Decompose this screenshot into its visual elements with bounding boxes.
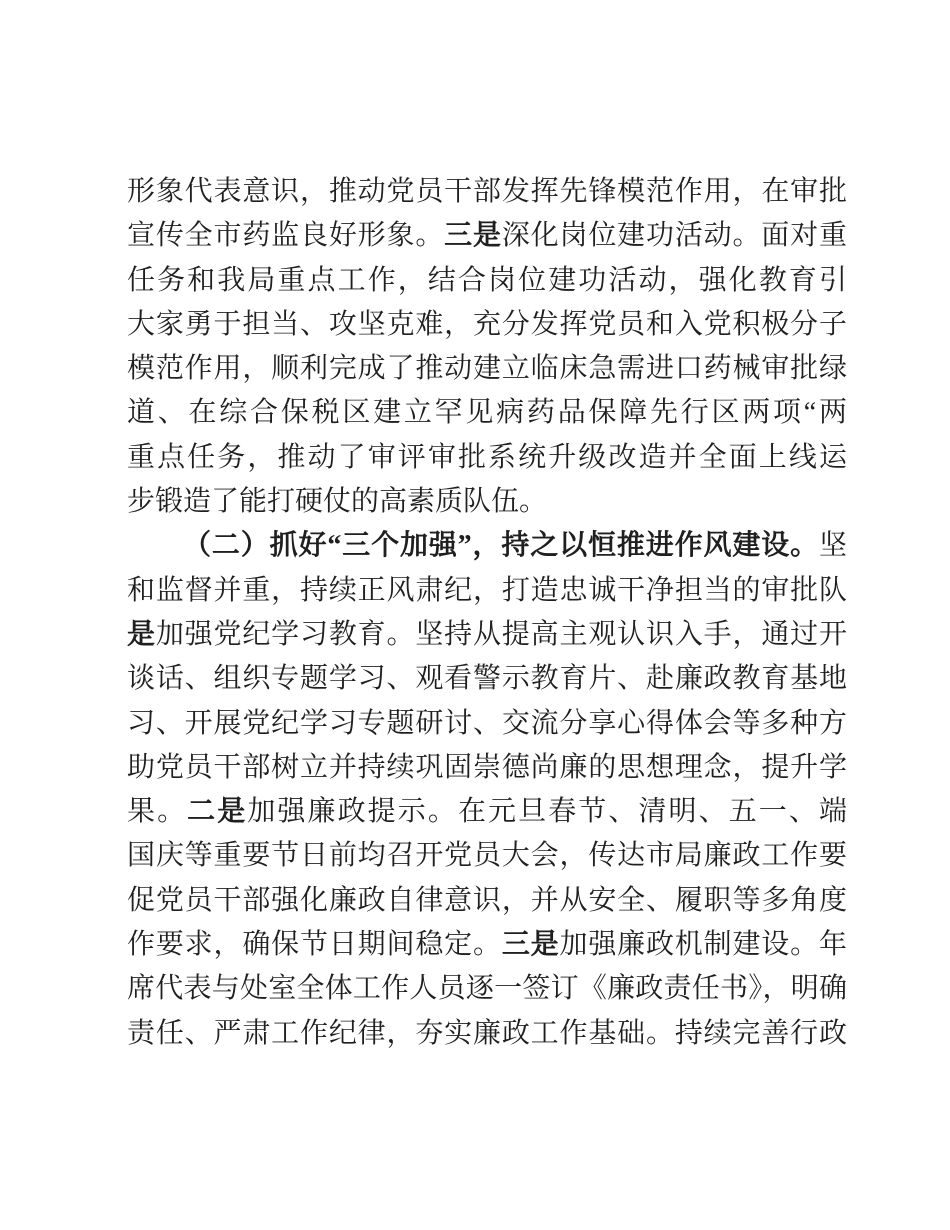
text-run: 谈话、组织专题学习、观看警示教育片、赴廉政教育基地参观学 — [127, 663, 847, 701]
text-line: 任务和我局重点工作，结合岗位建功活动，强化教育引导，激励 — [127, 259, 847, 303]
text-line: 重点任务，推动了审评审批系统升级改造并全面上线运行，进一 — [127, 436, 847, 480]
text-run: 宣传全市药监良好形象。 — [127, 220, 444, 251]
text-run: 模范作用，顺利完成了推动建立临床急需进口药械审批绿色通 — [127, 353, 847, 391]
text-run-bold: （二）抓好“三个加强”，持之以恒推进作风建设。 — [183, 530, 819, 561]
text-line: （二）抓好“三个加强”，持之以恒推进作风建设。坚持教育 — [127, 524, 847, 568]
text-line: 道、在综合保税区建立罕见病药品保障先行区两项“两区”建设 — [127, 391, 847, 435]
text-line: 席代表与处室全体工作人员逐一签订《廉政责任书》，明确廉政 — [127, 967, 847, 1011]
text-run: 习、开展党纪学习专题研讨、交流分享心得体会等多种方式，帮 — [127, 708, 847, 746]
text-line: 模范作用，顺利完成了推动建立临床急需进口药械审批绿色通 — [127, 347, 847, 391]
document-page: 形象代表意识，推动党员干部发挥先锋模范作用，在审批服务中宣传全市药监良好形象。三… — [0, 0, 950, 1230]
text-run: 重点任务，推动了审评审批系统升级改造并全面上线运行，进一 — [127, 442, 847, 480]
text-line: 促党员干部强化廉政自律意识，并从安全、履职等多角度明确工 — [127, 879, 847, 923]
text-line: 作要求，确保节日期间稳定。三是加强廉政机制建设。年初由首 — [127, 923, 847, 967]
text-run-bold: 三是 — [502, 929, 560, 960]
text-line: 是加强党纪学习教育。坚持从提高主观认识入手，通过开展谈心 — [127, 613, 847, 657]
text-line: 宣传全市药监良好形象。三是深化岗位建功活动。面对重大改革 — [127, 214, 847, 258]
text-line: 果。二是加强廉政提示。在元旦春节、清明、五一、端午、中秋 — [127, 790, 847, 834]
text-run-bold: 是 — [127, 619, 156, 650]
text-run: 席代表与处室全体工作人员逐一签订《廉政责任书》，明确廉政 — [127, 973, 847, 1011]
text-run-bold: 三是 — [444, 220, 502, 251]
text-line: 国庆等重要节日前均召开党员大会，传达市局廉政工作要求，督 — [127, 834, 847, 878]
text-line: 谈话、组织专题学习、观看警示教育片、赴廉政教育基地参观学 — [127, 657, 847, 701]
text-run: 任务和我局重点工作，结合岗位建功活动，强化教育引导，激励 — [127, 265, 847, 303]
text-run: 大家勇于担当、攻坚克难，充分发挥党员和入党积极分子的先锋 — [127, 309, 847, 347]
text-line: 大家勇于担当、攻坚克难，充分发挥党员和入党积极分子的先锋 — [127, 303, 847, 347]
text-line: 形象代表意识，推动党员干部发挥先锋模范作用，在审批服务中 — [127, 170, 847, 214]
text-run: 步锻造了能打硬仗的高素质队伍。 — [127, 486, 547, 517]
text-line: 助党员干部树立并持续巩固崇德尚廉的思想理念，提升学习效 — [127, 746, 847, 790]
text-run-bold: 二是 — [187, 796, 247, 827]
text-run: 国庆等重要节日前均召开党员大会，传达市局廉政工作要求，督 — [127, 840, 847, 878]
text-run: 果。 — [127, 796, 187, 827]
document-text-block: 形象代表意识，推动党员干部发挥先锋模范作用，在审批服务中宣传全市药监良好形象。三… — [127, 170, 847, 1056]
text-line: 和监督并重，持续正风肃纪，打造忠诚干净担当的审批队伍。一 — [127, 569, 847, 613]
text-run: 助党员干部树立并持续巩固崇德尚廉的思想理念，提升学习效 — [127, 752, 847, 790]
text-run: 加强党纪学习教育。坚持从提高主观认识入手，通过开展谈心 — [127, 619, 847, 657]
text-line: 步锻造了能打硬仗的高素质队伍。 — [127, 480, 847, 524]
text-run: 作要求，确保节日期间稳定。 — [127, 929, 502, 960]
text-run: 道、在综合保税区建立罕见病药品保障先行区两项“两区”建设 — [127, 397, 847, 435]
text-run: 形象代表意识，推动党员干部发挥先锋模范作用，在审批服务中 — [127, 176, 847, 214]
text-run: 和监督并重，持续正风肃纪，打造忠诚干净担当的审批队伍。 — [127, 575, 847, 613]
text-run: 促党员干部强化廉政自律意识，并从安全、履职等多角度明确工 — [127, 885, 847, 923]
text-line: 习、开展党纪学习专题研讨、交流分享心得体会等多种方式，帮 — [127, 702, 847, 746]
text-run: 责任、严肃工作纪律，夯实廉政工作基础。持续完善行政风险和 — [127, 1018, 847, 1056]
text-line: 责任、严肃工作纪律，夯实廉政工作基础。持续完善行政风险和 — [127, 1012, 847, 1056]
